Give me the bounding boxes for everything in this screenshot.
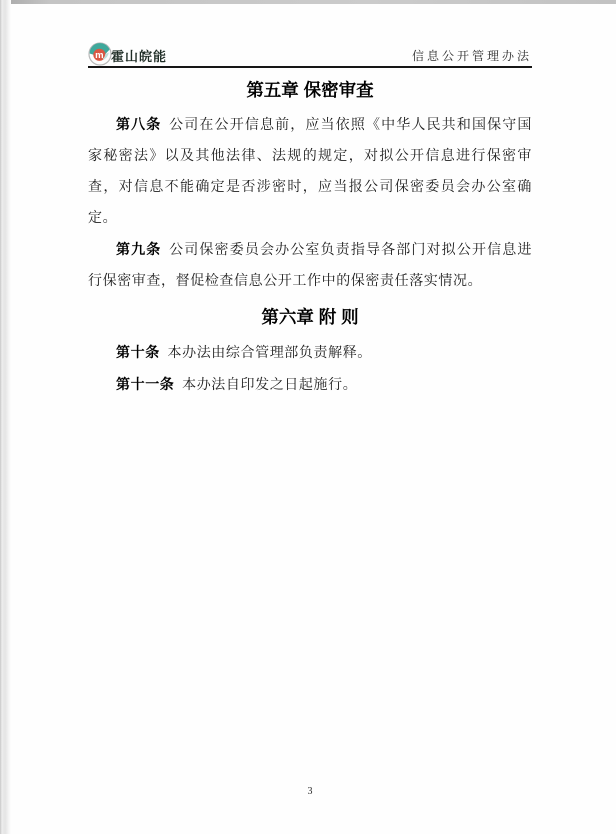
- scan-edge-left: [0, 0, 11, 834]
- company-name: 霍山皖能: [111, 50, 167, 64]
- article-9-label: 第九条: [116, 241, 161, 257]
- company-logo-icon: m: [88, 42, 112, 66]
- chapter-5-heading: 第五章 保密审查: [88, 77, 532, 103]
- chapter-6-heading: 第六章 附 则: [88, 304, 532, 330]
- article-8-text: 公司在公开信息前，应当依照《中华人民共和国保守国家秘密法》以及其他法律、法规的规…: [88, 118, 532, 226]
- article-8-label: 第八条: [116, 116, 161, 132]
- article-8-paragraph: 第八条公司在公开信息前，应当依照《中华人民共和国保守国家秘密法》以及其他法律、法…: [88, 109, 532, 234]
- article-10-text: 本办法由综合管理部负责解释。: [168, 346, 372, 361]
- page-header: m 霍山皖能 信息公开管理办法: [88, 37, 532, 68]
- article-10-paragraph: 第十条本办法由综合管理部负责解释。: [88, 337, 532, 369]
- brand: m 霍山皖能: [88, 42, 167, 64]
- page-content: m 霍山皖能 信息公开管理办法 第五章 保密审查 第八条公司在公开信息前，应当依…: [88, 37, 532, 401]
- article-11-paragraph: 第十一条本办法自印发之日起施行。: [88, 369, 532, 401]
- article-11-text: 本办法自印发之日起施行。: [182, 378, 357, 393]
- svg-text:m: m: [95, 50, 103, 61]
- article-9-paragraph: 第九条公司保密委员会办公室负责指导各部门对拟公开信息进行保密审查，督促检查信息公…: [88, 234, 532, 297]
- article-10-label: 第十条: [116, 344, 160, 360]
- scan-edge-top: [0, 0, 616, 4]
- article-11-label: 第十一条: [116, 376, 174, 392]
- document-page: m 霍山皖能 信息公开管理办法 第五章 保密审查 第八条公司在公开信息前，应当依…: [0, 0, 616, 834]
- document-title: 信息公开管理办法: [412, 49, 532, 64]
- page-number: 3: [88, 786, 532, 797]
